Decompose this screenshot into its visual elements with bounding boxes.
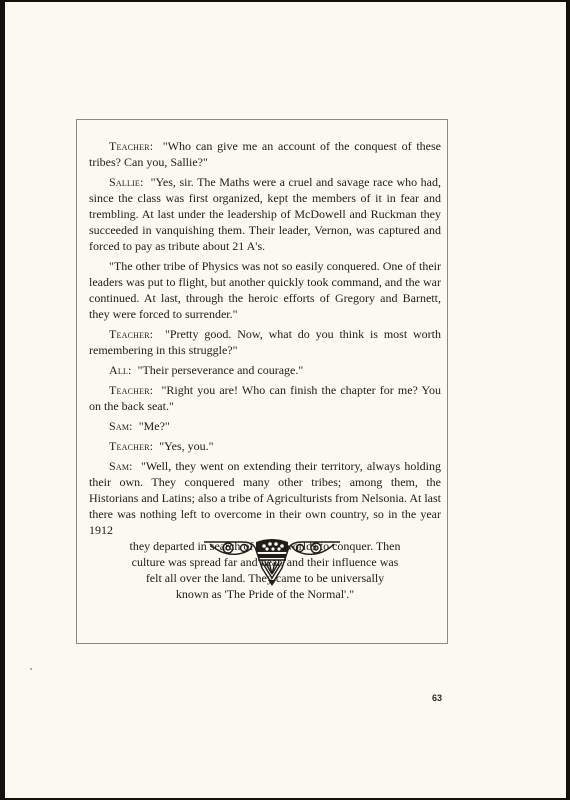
page-number: 63 — [432, 693, 442, 703]
speaker: Teacher: — [109, 139, 153, 153]
paragraph: Teacher: "Yes, you." — [89, 438, 441, 454]
speaker: Teacher: — [109, 383, 153, 397]
paragraph: Sam: "Me?" — [89, 418, 441, 434]
paragraph: Sam: "Well, they went on extending their… — [89, 458, 441, 538]
paragraph: "The other tribe of Physics was not so e… — [89, 258, 441, 322]
paragraph: Teacher: "Right you are! Who can finish … — [89, 382, 441, 414]
decorative-basket-scroll-icon — [202, 538, 342, 586]
speaker: Sam: — [109, 419, 133, 433]
speaker: Teacher: — [109, 439, 153, 453]
speaker: Teacher: — [109, 327, 153, 341]
speaker: All: — [109, 363, 132, 377]
paper-speck — [30, 668, 32, 670]
closing-line: known as 'The Pride of the Normal'." — [89, 586, 441, 602]
body-text: Teacher: "Who can give me an account of … — [89, 138, 441, 602]
paragraph: All: "Their perseverance and courage." — [89, 362, 441, 378]
paragraph: Teacher: "Who can give me an account of … — [89, 138, 441, 170]
speaker: Sam: — [109, 459, 133, 473]
speaker: Sallie: — [109, 175, 144, 189]
paragraph: Sallie: "Yes, sir. The Maths were a crue… — [89, 174, 441, 254]
paragraph: Teacher: "Pretty good. Now, what do you … — [89, 326, 441, 358]
